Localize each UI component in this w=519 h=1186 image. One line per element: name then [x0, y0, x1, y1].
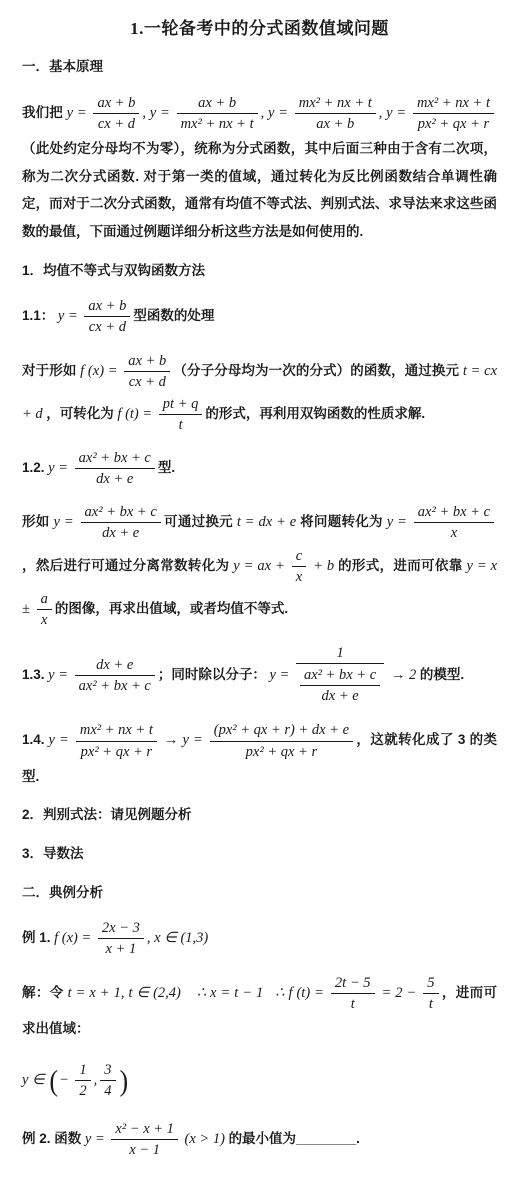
fraction: mx² + nx + tpx² + qx + r	[76, 721, 157, 760]
math-run: y =	[45, 460, 72, 476]
fraction: 34	[100, 1061, 115, 1100]
fraction-numerator: x² − x + 1	[111, 1120, 178, 1140]
line-1-3: 1.3. y = dx + eax² + bx + c；同时除以分子： y = …	[22, 642, 497, 708]
math-run: mx² + nx + t	[417, 95, 490, 111]
math-run: 3	[104, 1062, 111, 1078]
math-run: a	[41, 591, 48, 607]
math-run: x − 1	[129, 1142, 160, 1158]
math-run: x² − x + 1	[115, 1121, 174, 1137]
math-run: 4	[104, 1083, 111, 1099]
fraction: x² − x + 1x − 1	[111, 1120, 178, 1159]
fraction: 12	[75, 1061, 90, 1100]
math-run: , x ∈ (1,3)	[147, 931, 208, 947]
math-run: px² + qx + r	[246, 744, 317, 760]
fraction-numerator: ax² + bx + c	[75, 449, 155, 469]
math-run: ax + b	[88, 298, 126, 314]
math-run: t = x + 1, t ∈ (2,4) ∴ x = t − 1 ∴ f (t)…	[64, 985, 328, 1001]
math-run: cx + d	[129, 374, 166, 390]
math-run: ax² + bx + c	[79, 450, 151, 466]
math-run: cx + d	[89, 319, 126, 335]
math-run: ax + b	[97, 95, 135, 111]
math-run: (x > 1)	[181, 1131, 229, 1147]
fraction: ax² + bx + cdx + e	[300, 666, 380, 705]
math-run: t	[351, 996, 355, 1012]
big-paren: )	[120, 1050, 129, 1111]
fraction-numerator: ax² + bx + c	[300, 666, 380, 686]
fraction-numerator: a	[37, 590, 52, 610]
math-run: (px² + qx + r) + dx + e	[214, 722, 349, 738]
text-run: （分子分母均为一次的分式）的函数，通过换元	[173, 363, 459, 378]
math-run: x	[41, 612, 47, 628]
math-run: ,	[94, 1072, 98, 1088]
text-run: ，可转化为	[46, 406, 114, 421]
math-run: y = ax +	[229, 558, 288, 574]
fraction-denominator: x	[414, 523, 494, 542]
document-body: 一．基本原理我们把 y = ax + bcx + d, y = ax + bmx…	[22, 53, 497, 1161]
math-run: y =	[63, 105, 91, 121]
fraction-numerator: ax² + bx + c	[81, 503, 161, 523]
text-run: 例 2. 函数	[22, 1131, 81, 1146]
math-run: ax² + bx + c	[418, 504, 490, 520]
fraction: ax² + bx + cdx + e	[81, 503, 161, 542]
text-run: 二．典例分析	[22, 885, 103, 900]
fraction-denominator: x − 1	[111, 1140, 178, 1159]
text-run: 一．基本原理	[22, 59, 103, 74]
text-run: 1.4.	[22, 733, 45, 748]
fraction-denominator: mx² + nx + t	[177, 114, 258, 133]
fraction-denominator: dx + e	[75, 469, 155, 488]
fraction-numerator: 2x − 3	[98, 919, 144, 939]
fraction-numerator: mx² + nx + t	[76, 721, 157, 741]
math-run: dx + e	[102, 525, 139, 541]
line-1-2: 1.2. y = ax² + bx + cdx + e型.	[22, 447, 497, 490]
math-run: ax² + bx + c	[85, 504, 157, 520]
math-run: f (t) =	[114, 406, 156, 422]
math-run: dx + e	[96, 471, 133, 487]
fraction-numerator: (px² + qx + r) + dx + e	[210, 721, 353, 741]
text-run: 的形式，再利用双钩函数的性质求解.	[205, 406, 425, 421]
fraction: 2t − 5t	[331, 974, 375, 1013]
fraction: (px² + qx + r) + dx + epx² + qx + r	[210, 721, 353, 760]
fraction-numerator: ax + b	[93, 94, 139, 114]
text-run: 形如	[22, 514, 50, 529]
fraction: ax² + bx + cx	[414, 503, 494, 542]
fraction: 5t	[423, 974, 438, 1013]
math-run: f (x) =	[51, 931, 95, 947]
math-run: y =	[45, 733, 73, 749]
fraction-numerator: dx + e	[75, 656, 155, 676]
fraction-numerator: ax + b	[124, 352, 170, 372]
fraction-denominator: x + 1	[98, 939, 144, 958]
fraction: 2x − 3x + 1	[98, 919, 144, 958]
math-run: 2t − 5	[335, 975, 371, 991]
fraction: dx + eax² + bx + c	[75, 656, 155, 695]
text-run: 1.1：	[22, 308, 54, 323]
math-run: −	[59, 1072, 72, 1088]
heading-method-2: 2．判别式法：请见例题分析	[22, 801, 497, 829]
math-run: y =	[50, 514, 78, 530]
math-run: → y =	[160, 733, 207, 749]
fraction-denominator: t	[159, 415, 203, 434]
text-run: 型.	[158, 460, 175, 475]
text-run: ；同时除以分子：	[158, 667, 266, 682]
math-run: y =	[383, 514, 411, 530]
math-run: ax + b	[198, 95, 236, 111]
math-run: f (x) =	[76, 363, 121, 379]
fraction-denominator: ax + b	[295, 114, 376, 133]
math-run: y =	[266, 667, 293, 683]
document-page: { "page": { "title": "1.一轮备考中的分式函数值域问题" …	[0, 0, 519, 1186]
math-run: t = dx + e	[233, 514, 300, 530]
fraction-denominator: 2	[75, 1081, 90, 1100]
text-run: 解：令	[22, 985, 64, 1000]
fraction: ax + bcx + d	[93, 94, 139, 133]
fraction-denominator: x	[292, 567, 306, 586]
math-run: dx + e	[322, 688, 359, 704]
page-title: 1.一轮备考中的分式函数值域问题	[22, 14, 497, 39]
text-run: 将问题转化为	[300, 514, 383, 529]
text-run: 的模型.	[420, 667, 464, 682]
fraction-numerator: c	[292, 547, 306, 567]
para-1-2-explain: 形如 y = ax² + bx + cdx + e可通过换元 t = dx + …	[22, 501, 497, 631]
math-run: + b	[309, 558, 338, 574]
example-1: 例 1. f (x) = 2x − 3x + 1, x ∈ (1,3)	[22, 917, 497, 960]
fraction: ax + bmx² + nx + t	[177, 94, 258, 133]
heading-examples: 二．典例分析	[22, 879, 497, 907]
math-run: x	[451, 525, 457, 541]
fraction-numerator: 1	[75, 1061, 90, 1081]
math-run: mx² + nx + t	[299, 95, 372, 111]
math-run: ax + b	[316, 116, 354, 132]
fraction-numerator: 5	[423, 974, 438, 994]
math-run: y =	[54, 308, 81, 324]
text-run: 可通过换元	[164, 514, 233, 529]
fraction-numerator: mx² + nx + t	[295, 94, 376, 114]
line-1-4: 1.4. y = mx² + nx + tpx² + qx + r → y = …	[22, 719, 497, 790]
math-run: → 2	[387, 667, 420, 683]
fraction: pt + qt	[159, 395, 203, 434]
fraction-numerator: ax + b	[84, 297, 130, 317]
fraction-denominator: x	[37, 610, 52, 629]
math-run: 2	[79, 1083, 86, 1099]
fraction-numerator: mx² + nx + t	[413, 94, 494, 114]
math-run: ax + b	[128, 353, 166, 369]
example-1-solution: 解：令 t = x + 1, t ∈ (2,4) ∴ x = t − 1 ∴ f…	[22, 972, 497, 1043]
math-run: y =	[81, 1131, 108, 1147]
text-run: 型函数的处理	[133, 308, 214, 323]
fraction-denominator: t	[423, 994, 438, 1013]
fraction-denominator: t	[331, 994, 375, 1013]
math-run: x	[296, 569, 302, 585]
fraction-denominator: px² + qx + r	[413, 114, 494, 133]
text-run: 1．均值不等式与双钩函数方法	[22, 263, 205, 278]
fraction: ax	[37, 590, 52, 629]
math-run: y =	[45, 667, 72, 683]
fraction-numerator: pt + q	[159, 395, 203, 415]
math-run: c	[296, 548, 302, 564]
heading-basic-principles: 一．基本原理	[22, 53, 497, 81]
fraction-denominator: cx + d	[93, 114, 139, 133]
math-run: px² + qx + r	[418, 116, 489, 132]
fraction: cx	[292, 547, 306, 586]
text-run: 2．判别式法：请见例题分析	[22, 807, 192, 822]
math-run: pt + q	[163, 396, 199, 412]
math-run: mx² + nx + t	[181, 116, 254, 132]
fraction-numerator: ax + b	[177, 94, 258, 114]
fraction: 1ax² + bx + cdx + e	[296, 644, 384, 706]
math-run: , y =	[379, 105, 410, 121]
text-run: 我们把	[22, 105, 63, 120]
text-run: 1.2.	[22, 460, 45, 475]
line-1-1: 1.1： y = ax + bcx + d型函数的处理	[22, 295, 497, 338]
fraction-numerator: 2t − 5	[331, 974, 375, 994]
fraction-denominator: px² + qx + r	[210, 742, 353, 761]
fraction: mx² + nx + tpx² + qx + r	[413, 94, 494, 133]
text-run: ，然后进行可通过分离常数转化为	[22, 558, 229, 573]
text-run: 的最小值为________.	[229, 1131, 360, 1146]
math-run: t	[179, 417, 183, 433]
text-run: 的图像，再求出值域，或者均值不等式.	[55, 601, 288, 616]
math-run: 2x − 3	[102, 920, 140, 936]
math-run: , y =	[142, 105, 173, 121]
example-1-answer: y ∈ (− 12,34)	[22, 1054, 497, 1107]
fraction-denominator: px² + qx + r	[76, 742, 157, 761]
text-run: 例 1.	[22, 931, 51, 946]
text-run: 对于形如	[22, 363, 76, 378]
para-intro: 我们把 y = ax + bcx + d, y = ax + bmx² + nx…	[22, 92, 497, 246]
fraction-denominator: 4	[100, 1081, 115, 1100]
math-run: 1	[336, 645, 343, 661]
text-run: 1.3.	[22, 667, 45, 682]
math-run: = 2 −	[378, 985, 421, 1001]
text-run: 3．导数法	[22, 846, 84, 861]
fraction-numerator: 3	[100, 1061, 115, 1081]
fraction-denominator: ax² + bx + c	[75, 676, 155, 695]
fraction-denominator: cx + d	[124, 372, 170, 391]
math-run: 5	[427, 975, 434, 991]
fraction-numerator: ax² + bx + c	[414, 503, 494, 523]
fraction: ax + bcx + d	[84, 297, 130, 336]
fraction-denominator: cx + d	[84, 317, 130, 336]
fraction-denominator: dx + e	[300, 686, 380, 705]
fraction-denominator: ax² + bx + cdx + e	[296, 664, 384, 706]
math-run: dx + e	[96, 657, 133, 673]
text-run: 的形式，进而可依靠	[338, 558, 462, 573]
fraction: mx² + nx + tax + b	[295, 94, 376, 133]
math-run: x + 1	[106, 941, 137, 957]
math-run: mx² + nx + t	[80, 722, 153, 738]
math-run: , y =	[261, 105, 292, 121]
math-run: t	[429, 996, 433, 1012]
heading-method-3: 3．导数法	[22, 840, 497, 868]
fraction: ax² + bx + cdx + e	[75, 449, 155, 488]
fraction: ax + bcx + d	[124, 352, 170, 391]
math-run: cx + d	[98, 116, 135, 132]
fraction-numerator: 1	[296, 644, 384, 664]
text-run: （此处约定分母均不为零），统称为分式函数，其中后面三种由于含有二次项，称为二次分…	[22, 141, 497, 239]
para-1-1-explain: 对于形如 f (x) = ax + bcx + d（分子分母均为一次的分式）的函…	[22, 350, 497, 437]
heading-method-1: 1．均值不等式与双钩函数方法	[22, 257, 497, 285]
fraction-denominator: dx + e	[81, 523, 161, 542]
example-2: 例 2. 函数 y = x² − x + 1x − 1 (x > 1) 的最小值…	[22, 1118, 497, 1161]
math-run: ax² + bx + c	[79, 678, 151, 694]
math-run: ax² + bx + c	[304, 667, 376, 683]
math-run: px² + qx + r	[81, 744, 152, 760]
math-run: y ∈	[22, 1072, 48, 1088]
math-run: 1	[79, 1062, 86, 1078]
big-paren: (	[49, 1050, 58, 1111]
